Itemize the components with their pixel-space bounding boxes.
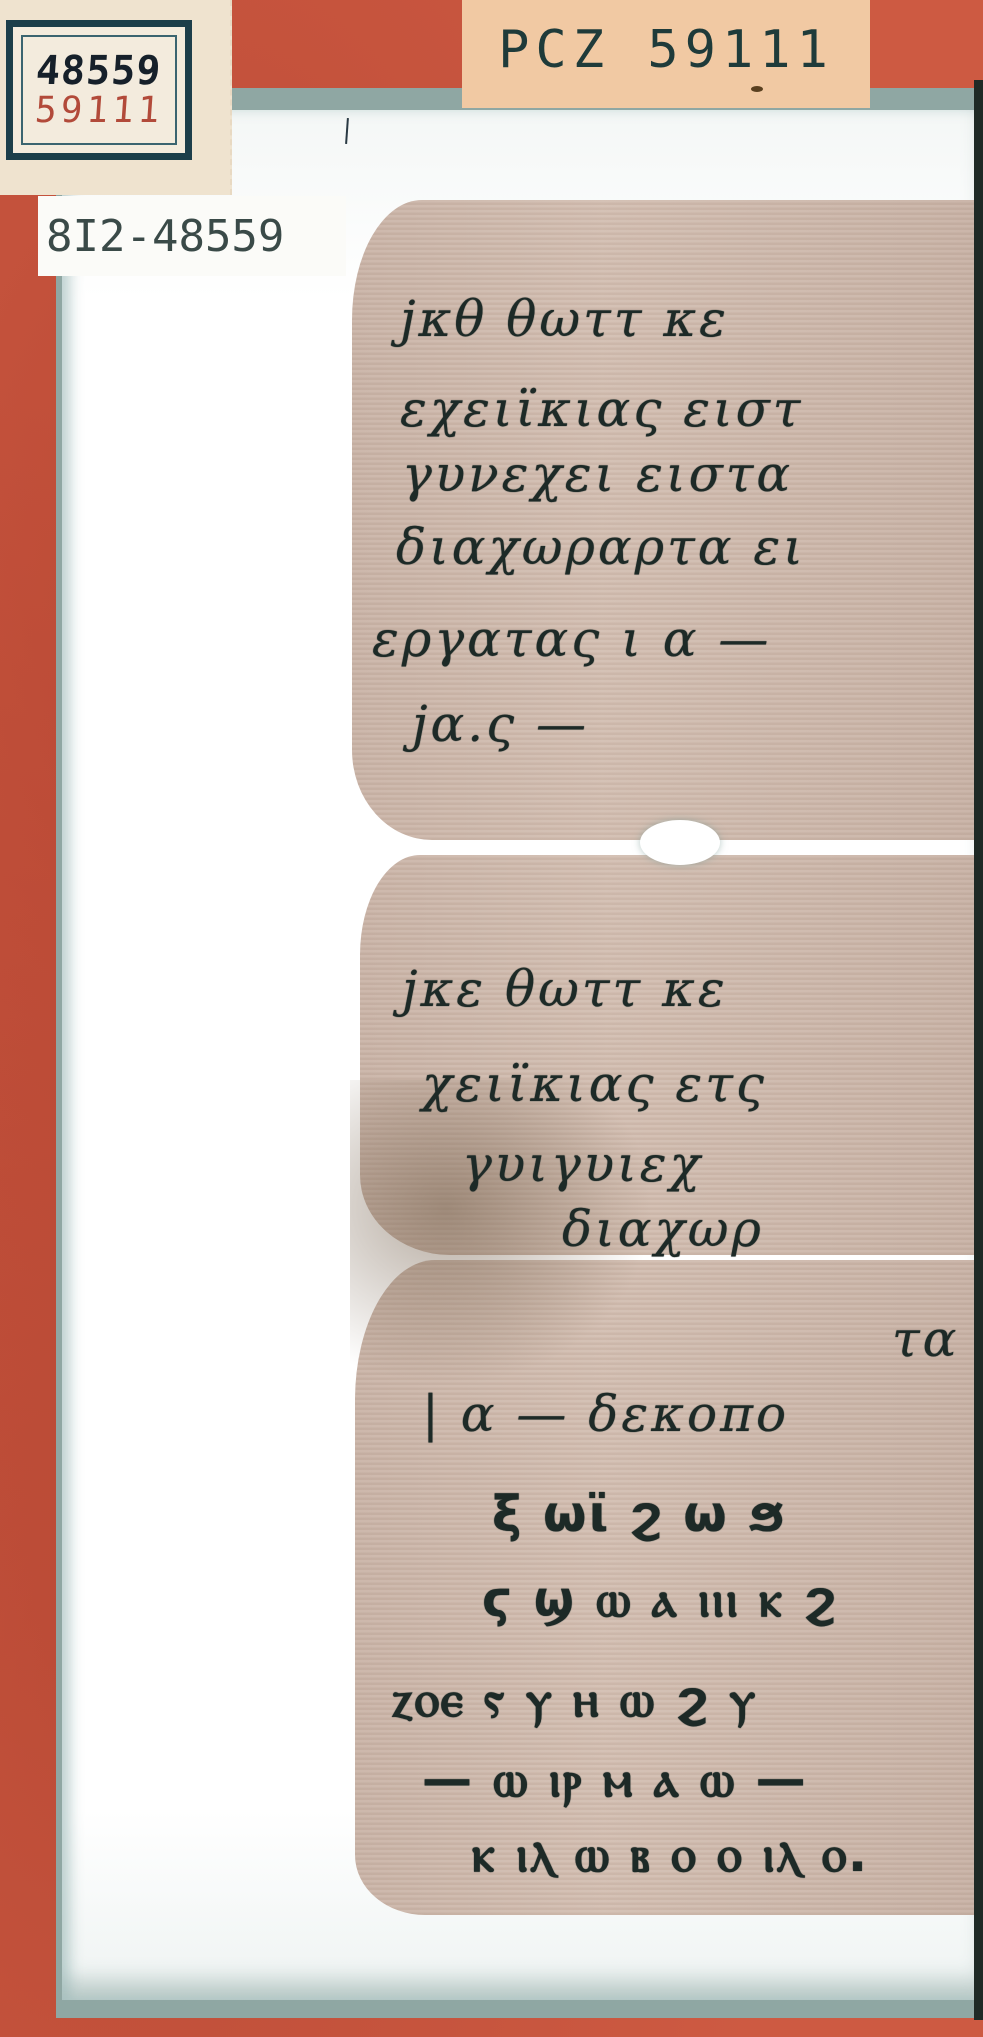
greek-line: ϳκε θωττ κε [402,960,728,1018]
greek-line: χειϊκιας ετς [422,1055,767,1113]
demotic-line: — ⲱ ⲓⲣ ⲙ ⲁ ⲱ — [422,1750,808,1809]
greek-line: γυιγυιεχ [462,1135,703,1193]
greek-line: | α — δεκοπο [422,1385,789,1443]
ink-spot [751,86,763,92]
catalog-label-inner: 48559 59111 [21,35,177,145]
catalog-number-red: 59111 [33,92,164,130]
greek-line: διαχωρ [562,1200,764,1258]
pcz-label-text: PCZ 59111 [498,20,834,80]
demotic-line: ξ ωϊ ϩ ω ϧ [492,1485,787,1543]
greek-line: εργατας ι α — [372,610,771,668]
frame-right-edge [974,80,983,2020]
greek-line: τα [892,1310,959,1368]
pcz-label: PCZ 59111 [462,0,870,108]
inventory-label-text: 8I2-48559 [46,211,284,262]
demotic-line: ⲕ ⲓⲗ ⲱ ⲃ ⲟ ⲟ ⲓⲗ ⲟ. [472,1825,869,1884]
demotic-line: ⲍⲟⲉ ⲋ ⲩ ⲏ ⲱ ϩ ⲩ [392,1670,757,1729]
inventory-label: 8I2-48559 [38,196,346,276]
catalog-label-border: 48559 59111 [6,20,192,160]
greek-line: γυνεχει ειστα [402,445,793,503]
catalog-number-black: 48559 [35,50,163,92]
greek-line: διαχωραρτα ει [396,518,806,576]
greek-line: εχειϊκιας ειστ [400,380,803,438]
greek-line: ϳκθ θωττ κε [400,290,729,348]
corner-catalog-label: 48559 59111 [0,0,232,195]
demotic-line: ϛ ϣ ⲱ ⲁ ⲓⲓⲓ ⲕ ϩ [482,1570,838,1629]
greek-line: ϳα.ς — [412,695,589,753]
papyrus-text-area: ϳκθ θωττ κε εχειϊκιας ειστ γυνεχει ειστα… [352,200,974,1920]
